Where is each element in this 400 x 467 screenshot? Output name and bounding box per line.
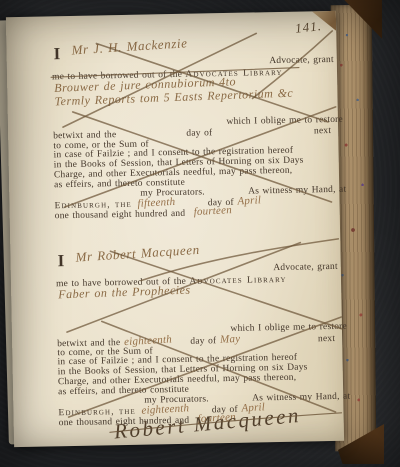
folio-number: 141.	[295, 18, 323, 37]
printed-pronoun: I	[54, 49, 61, 59]
signed-month-handwritten: April	[234, 194, 282, 207]
printed-pronoun: I	[58, 256, 65, 266]
library-name: Advocates Library	[189, 275, 286, 287]
borrower-name-handwritten: Mr J. H. Mackenzie	[71, 38, 187, 55]
register-page: 141. I Mr J. H. Mackenzie Advocate, gran…	[6, 11, 344, 447]
blank-space	[266, 341, 318, 342]
blank-space	[262, 133, 314, 134]
printed-year-text: one thousand eight hundred and	[55, 209, 186, 222]
printed-next: next	[314, 126, 331, 136]
return-day-handwritten	[116, 134, 186, 138]
book-title-handwritten: Faber on the Prophecies	[58, 285, 191, 300]
photograph-background: 141. I Mr J. H. Mackenzie Advocate, gran…	[0, 0, 400, 467]
return-month-handwritten: May	[216, 332, 266, 345]
borrow-entry-1: I Mr J. H. Mackenzie Advocate, grant me …	[52, 44, 347, 230]
borrower-name-handwritten: Mr Robert Macqueen	[75, 245, 200, 263]
year-handwritten: fourteen	[185, 205, 232, 217]
printed-day-of: day of	[186, 128, 212, 138]
return-month-handwritten	[212, 132, 262, 135]
